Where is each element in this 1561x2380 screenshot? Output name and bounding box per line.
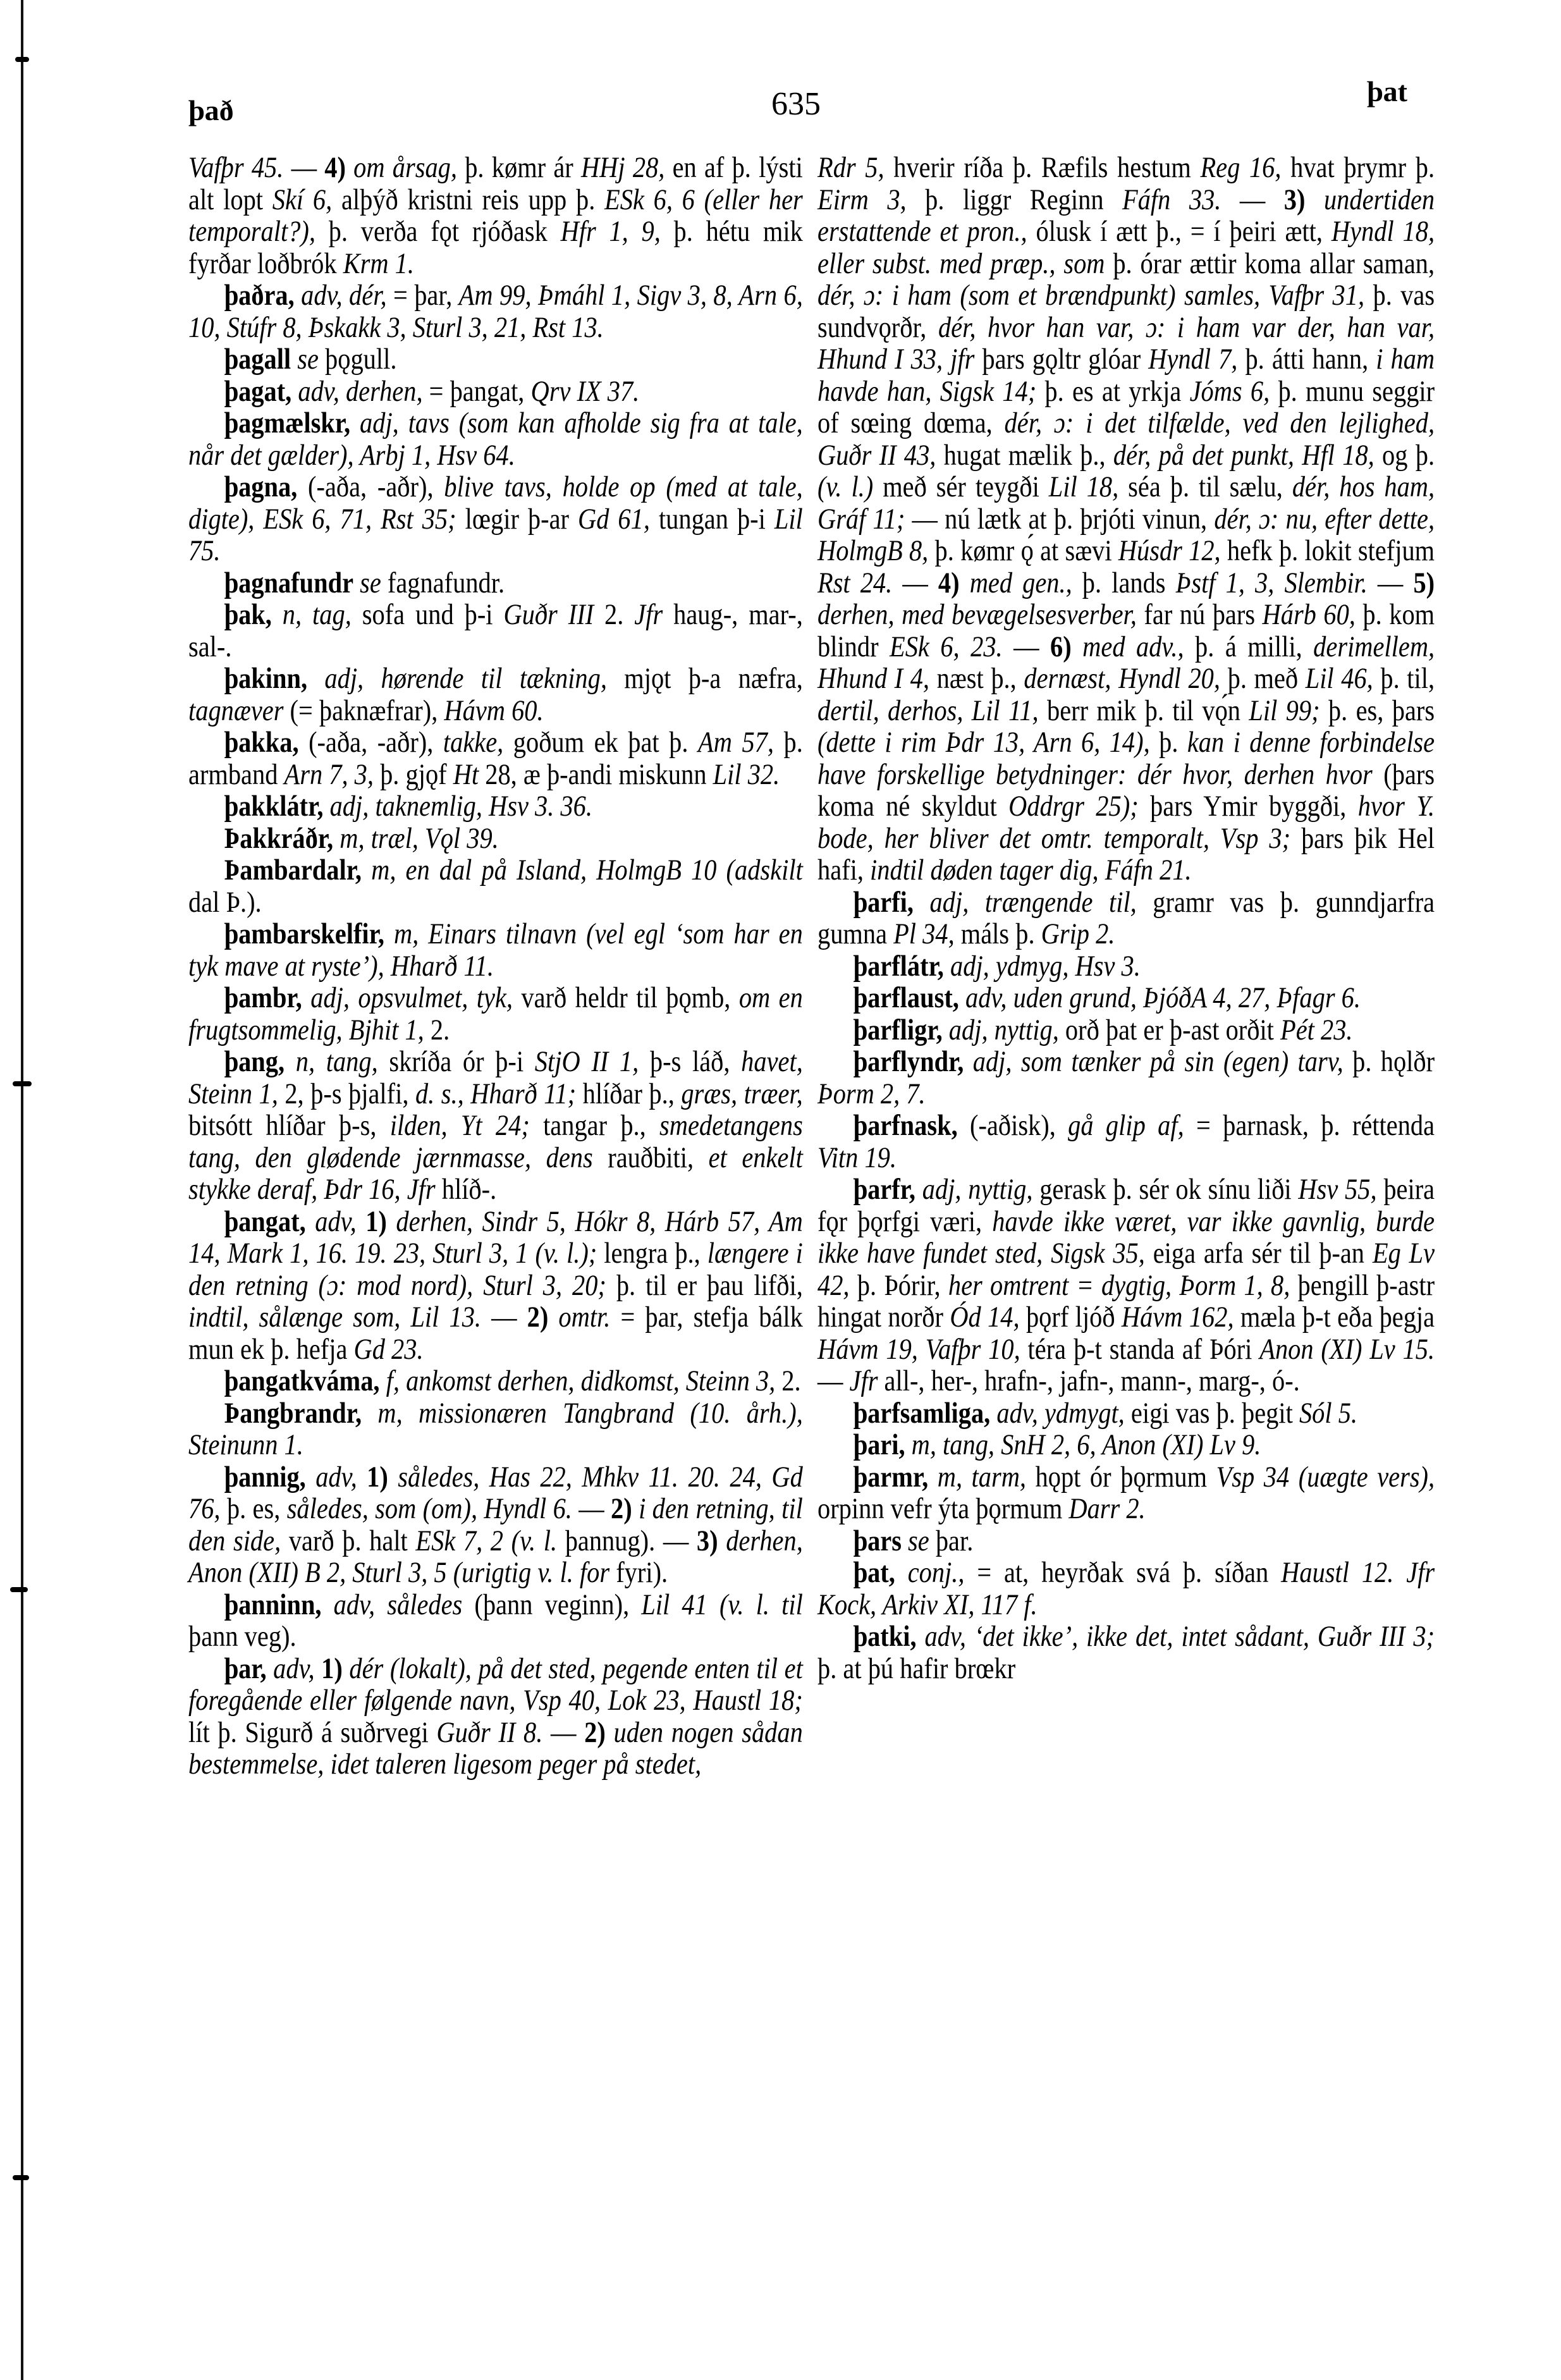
italic-gloss: Gd 23. [354,1333,424,1366]
text-run: fagnafundr. [381,567,505,599]
headword: 3) [697,1524,718,1557]
italic-gloss: adv, ydmygt, [996,1397,1124,1430]
dictionary-column-right: Rdr 5, hverir ríða þ. Ræfils hestum Reg … [817,152,1435,1684]
text-run: hvat þrymr þ. [1281,151,1435,184]
text-run: þ. hǫlðr [1344,1045,1435,1078]
text-run: þ. með [1220,662,1306,695]
text-run [343,1652,350,1685]
text-run: varð heldr til þǫmb, [513,981,739,1014]
italic-gloss: adv, dér, [301,279,386,312]
italic-gloss: Jfr [634,598,663,631]
page-number: 635 [771,85,821,123]
headword: þangat, [224,1205,306,1238]
italic-gloss: med adv., [1082,630,1184,663]
running-head-right: þat [1367,75,1407,108]
dictionary-column-left: Vafþr 45. — 4) om årsag, þ. kømr ár HHj … [188,152,803,1781]
text-run: (-aðisk), [958,1109,1068,1142]
headword: 5) [1413,567,1435,599]
italic-gloss: Pét 23. [1280,1014,1353,1046]
italic-gloss: adv, derhen, [298,375,422,408]
italic-gloss: ESk 6, 23. [890,630,1003,663]
italic-gloss: HHj 28, [581,151,664,184]
dictionary-entry: þagna, (-aða, -aðr), blive tavs, holde o… [188,471,803,567]
dictionary-entry: Þambardalr, m, en dal på Island, HolmgB … [188,854,803,918]
italic-gloss: (dette i rim Þdr 13, Arn 6, 14), [817,726,1150,759]
italic-gloss: dér, på det punkt, Hfl 18, [1113,439,1374,472]
italic-gloss: (v. l.) [817,470,873,503]
binding-blot [13,1081,32,1086]
entry-continuation: Rdr 5, hverir ríða þ. Ræfils hestum Reg … [817,152,1435,886]
italic-gloss: ilden, Yt 24; [390,1109,530,1142]
text-run [718,1524,726,1557]
dictionary-entry: þarflyndr, adj, som tænker på sin (egen)… [817,1046,1435,1110]
text-run [388,1461,398,1494]
italic-gloss: Reg 16, [1200,151,1281,184]
text-run [315,1652,322,1685]
italic-gloss: adj, nyttig, [922,1173,1033,1206]
headword: 6) [1050,630,1072,663]
italic-gloss: omtr. [558,1301,610,1334]
dictionary-entry: þannig, adv, 1) således, Has 22, Mhkv 11… [188,1461,803,1589]
text-run [548,1301,558,1334]
italic-gloss: Húsdr 12, [1118,534,1221,567]
italic-gloss: m, træl, Vǫl 39. [340,822,499,855]
italic-gloss: Jóms 6, [1190,375,1270,408]
text-run: (þann veginn), [462,1588,641,1621]
binding-blot [10,1587,28,1592]
text-run [384,917,394,950]
text-run: þ. órar ættir koma allar saman, [1105,247,1435,280]
headword: þaðra, [224,279,295,312]
text-run: alþýð kristni reis upp þ. [332,183,604,216]
italic-gloss: Þstf 1, 3, Slembir. [1176,567,1368,599]
italic-gloss: Anon (XI) Lv 15. [1259,1333,1435,1366]
text-run: — [817,1365,850,1397]
italic-gloss: Vitn 19. [817,1141,897,1174]
dictionary-entry: þarflaust, adv, uden grund, ÞjóðA 4, 27,… [817,982,1435,1014]
italic-gloss: her omtrent = dygtig, Þorm 1, 8, [948,1269,1290,1302]
headword: þambarskelfir, [224,917,384,950]
text-run: hǫpt ór þǫrmum [1026,1461,1216,1494]
text-run: hlíðar þ., [576,1077,681,1110]
text-run: þ. gjǫf [374,758,453,791]
text-run: fyri). [609,1556,668,1589]
text-run [285,1045,296,1078]
headword: þatki, [854,1620,917,1653]
text-run: þars Ymir byggði, [1139,790,1358,823]
headword: þarflyndr, [854,1045,964,1078]
italic-gloss: Hávm 162, [1122,1301,1234,1334]
text-run: þann veg). [188,1620,297,1653]
italic-gloss: Lil 99; [1249,694,1319,727]
italic-gloss: Vafþr 45. [188,151,283,184]
italic-gloss: Lil 41 (v. l. til [641,1588,802,1621]
text-run [291,343,297,376]
dictionary-entry: þambr, adj, opsvulmet, tyk, varð heldr t… [188,982,803,1046]
text-run: = þar, [387,279,459,312]
text-run: (-aða, -aðr), [299,726,443,759]
running-head-left: það [188,94,234,127]
scanned-binding-edge [19,0,25,2380]
italic-gloss: se [297,343,319,376]
text-run: þ. til, [1373,662,1435,695]
italic-gloss: se [360,567,381,599]
italic-gloss: Gd 61, [578,503,650,536]
text-run: þ. kømr ǫ́ at sævi [928,534,1118,567]
italic-gloss: adv, [273,1652,314,1685]
italic-gloss: Krm 1. [343,247,414,280]
headword: þang, [224,1045,285,1078]
dictionary-entry: þakka, (-aða, -aðr), takke, goðum ek þat… [188,727,803,790]
text-run [333,822,340,855]
italic-gloss: adv, [315,1461,357,1494]
italic-gloss: Arn 7, 3, [285,758,374,791]
text-run [943,1014,949,1046]
headword: Þakkráðr, [224,822,334,855]
text-run: mæla þ-t eða þegja [1234,1301,1435,1334]
headword: þat, [854,1556,895,1589]
text-run: varð þ. halt [281,1524,415,1557]
italic-gloss: således, som (om), Hyndl 6. [287,1492,572,1525]
text-run: sofa und þ-i [352,598,504,631]
text-run: þ. kømr ár [457,151,581,184]
text-run [302,981,310,1014]
dictionary-entry: Þakkráðr, m, træl, Vǫl 39. [188,823,803,855]
italic-gloss: adj, ydmyg, Hsv 3. [950,950,1141,983]
dictionary-entry: þagat, adv, derhen, = þangat, Qrv IX 37. [188,376,803,408]
headword: Þambardalr, [224,854,362,886]
text-run [914,886,930,919]
headword: 1) [321,1652,343,1685]
text-run [959,981,965,1014]
entry-continuation: Vafþr 45. — 4) om årsag, þ. kømr ár HHj … [188,152,803,279]
italic-gloss: Ht [453,758,479,791]
headword: þars [854,1524,902,1557]
text-run: lœgir þ-ar [456,503,578,536]
headword: þarmr, [854,1461,929,1494]
headword: þambr, [224,981,302,1014]
text-run: tangar þ., [530,1109,659,1142]
text-run: — [1368,567,1414,599]
italic-gloss: om årsag, [353,151,457,184]
text-run [346,151,353,184]
italic-gloss: StjO II 1, [535,1045,639,1078]
dictionary-entry: þanninn, adv, således (þann veginn), Lil… [188,1589,803,1653]
text-run [895,1556,908,1589]
italic-gloss: f, ankomst derhen, didkomst, Steinn 3, [386,1365,776,1397]
italic-gloss: Am 57, [698,726,774,759]
dictionary-entry: þarfnask, (-aðisk), gå glip af, = þarnas… [817,1110,1435,1174]
italic-gloss: Oddrgr 25); [1008,790,1139,823]
text-run: 2. [424,1014,450,1046]
italic-gloss: m, tang, SnH 2, 6, Anon (XI) Lv 9. [912,1428,1261,1461]
italic-gloss: adj, taknemlig, Hsv 3. 36. [330,790,592,823]
dictionary-entry: þagall se þǫgull. [188,343,803,376]
text-run: þ. Þórir, [850,1269,948,1302]
dictionary-entry: þars se þar. [817,1525,1435,1557]
text-run [306,1461,315,1494]
text-run [762,1461,771,1494]
italic-gloss: indtil døden tager dig, Fáfn 21. [870,854,1192,886]
dictionary-entry: þambarskelfir, m, Einars tilnavn (vel eg… [188,918,803,982]
italic-gloss: Hárb 60, [1263,598,1356,631]
headword: þarfi, [854,886,914,919]
text-run: þ. til er þau lifði, [606,1269,803,1302]
text-run: með sér teygði [873,470,1049,503]
text-run [322,1588,334,1621]
headword: þagna, [224,470,298,503]
text-run: = þangat, [423,375,531,408]
dictionary-entry: þatki, adv, ‘det ikke’, ikke det, intet … [817,1621,1435,1684]
italic-gloss: m, tarm, [938,1461,1026,1494]
italic-gloss: Rdr 5, [817,151,885,184]
text-run: dal Þ.). [188,886,262,919]
headword: þanninn, [224,1588,322,1621]
text-run [357,1461,367,1494]
text-run: hlíð-. [436,1173,497,1206]
text-run [1305,183,1323,216]
italic-gloss: n, tag, [283,598,352,631]
text-run: — nú lætk at þ. þrjóti vinun, [905,503,1214,536]
text-run: mjǫt þ-a næfra, [607,662,803,695]
headword: þagall [224,343,291,376]
text-run: — [1003,630,1050,663]
dictionary-entry: þagmælskr, adj, tavs (som kan afholde si… [188,407,803,471]
text-run: (= þaknæfrar), [283,694,444,727]
dictionary-entry: þarfsamliga, adv, ydmygt, eigi vas þ. þe… [817,1397,1435,1430]
text-run [387,1205,396,1238]
italic-gloss: adv, uden grund, ÞjóðA 4, 27, Þfagr 6. [965,981,1361,1014]
text-run: — [283,151,324,184]
italic-gloss: adv, [315,1205,356,1238]
italic-gloss: Hyndl 7, [1148,343,1237,376]
italic-gloss: Guðr III [503,598,594,631]
text-run [362,1397,377,1430]
headword: þarfsamliga, [854,1397,991,1430]
dictionary-entry: þar, adv, 1) dér (lokalt), på det sted, … [188,1653,803,1781]
italic-gloss: adj, trængende til, [930,886,1137,919]
text-run: eigi vas þ. þegit [1125,1397,1299,1430]
dictionary-entry: þarfligr, adj, nyttig, orð þat er þ-ast … [817,1014,1435,1046]
text-run [350,407,360,439]
italic-gloss: dertil, derhos, Lil 11, [817,694,1039,727]
italic-gloss: Ód 14, [950,1301,1019,1334]
dictionary-entry: þakinn, adj, hørende til tækning, mjǫt þ… [188,663,803,727]
headword: þakklátr, [224,790,324,823]
italic-gloss: adj, som tænker på sin (egen) tarv, [973,1045,1344,1078]
headword: 1) [367,1461,388,1494]
text-run: gerask þ. sér ok sínu liði [1032,1173,1298,1206]
text-run: ólusk í ætt þ., = í þeiri ætt, [1027,215,1331,248]
text-run: þ-s láð, [639,1045,741,1078]
text-run [307,662,324,695]
text-run [917,1620,925,1653]
text-run: þ. es at yrkja [1036,375,1189,408]
text-run: þ. [1150,726,1187,759]
italic-gloss: Grip 2. [1041,917,1115,950]
headword: þagmælskr, [224,407,351,439]
text-run: — [892,567,938,599]
italic-gloss: dér, ɔ: i ham (som et brændpunkt) samles… [817,279,1364,312]
italic-gloss: Rst 24. [817,567,892,599]
text-run: bitsótt hlíðar þ-s, [188,1109,390,1142]
italic-gloss: Lil 18, [1049,470,1118,503]
italic-gloss: takke, [443,726,503,759]
headword: þannig, [224,1461,306,1494]
text-run: = þarnask, þ. réttenda [1184,1109,1435,1142]
italic-gloss: dernæst, Hyndl 20, [1024,662,1220,695]
headword: þakka, [224,726,299,759]
headword: 2) [611,1492,632,1525]
text-run [295,279,301,312]
italic-gloss: Jfr [850,1365,878,1397]
dictionary-entry: þarfi, adj, trængende til, gramr vas þ. … [817,886,1435,950]
headword: 2) [584,1716,606,1749]
text-run: þars gǫltr glóar [974,343,1148,376]
italic-gloss: Lil 32. [713,758,780,791]
italic-gloss: med gen., [970,567,1072,599]
text-run: þ. á milli, [1184,630,1314,663]
dictionary-entry: þat, conj., = at, heyrðak svá þ. síðan H… [817,1557,1435,1621]
text-run: þ. es, [221,1492,287,1525]
text-run: tungan þ-i [650,503,774,536]
dictionary-entry: þarflátr, adj, ydmyg, Hsv 3. [817,950,1435,983]
italic-gloss: Fáfn 33. [1122,183,1221,216]
text-run [267,1652,274,1685]
italic-gloss: Lil 46, [1306,662,1373,695]
italic-gloss: Sól 5. [1299,1397,1357,1430]
headword: þarfligr, [854,1014,943,1046]
text-run: þ. átti hann, [1237,343,1376,376]
italic-gloss: Darr 2. [1068,1492,1145,1525]
dictionary-entry: þakklátr, adj, taknemlig, Hsv 3. 36. [188,790,803,823]
italic-gloss: adv, ‘det ikke’, ikke det, intet sådant,… [924,1620,1435,1653]
text-run: hugat mælik þ., [936,439,1113,472]
text-run: 28, æ þ-andi miskunn [479,758,713,791]
italic-gloss: se [908,1524,929,1557]
text-run [964,1045,972,1078]
text-run [944,950,950,983]
text-run [272,598,283,631]
text-run [632,1492,639,1525]
headword: 4) [938,567,960,599]
text-run: — [542,1716,584,1749]
italic-gloss: ESk 7, 2 (v. l. [415,1524,557,1557]
text-run: næst þ., [929,662,1024,695]
text-run: orð þat er þ-ast orðit [1059,1014,1280,1046]
headword: þagnafundr [224,567,353,599]
binding-blot [15,57,29,62]
headword: 4) [324,151,346,184]
headword: þakinn, [224,662,307,695]
italic-gloss: Þorm 2, 7. [817,1077,926,1110]
text-run [905,1428,912,1461]
italic-gloss: tagnæver [188,694,283,727]
text-run: eiga arfa sér til þ-an [1145,1237,1373,1270]
italic-gloss: Pl 34, [893,917,955,950]
dictionary-entry: þak, n, tag, sofa und þ-i Guðr III 2. Jf… [188,599,803,663]
headword: 2) [527,1301,549,1334]
italic-gloss: gå glip af, [1068,1109,1184,1142]
headword: þak, [224,598,272,631]
headword: 1) [365,1205,387,1238]
italic-gloss: n, tang, [296,1045,378,1078]
text-run: — [572,1492,611,1525]
text-run: séa þ. til sælu, [1118,470,1292,503]
dictionary-entry: þarfr, adj, nyttig, gerask þ. sér ok sín… [817,1174,1435,1397]
headword: þarfr, [854,1173,915,1206]
italic-gloss: Vsp 34 (uægte vers), [1216,1461,1435,1494]
headword: Þangbrandr, [224,1397,362,1430]
italic-gloss: Hávm 19, Vafþr 10, [817,1333,1020,1366]
italic-gloss: Qrv IX 37. [531,375,640,408]
headword: þangatkváma, [224,1365,380,1397]
text-run: hefk þ. lokit stefjum [1221,534,1435,567]
text-run: all-, her-, hrafn-, jafn-, mann-, marg-,… [878,1365,1299,1397]
italic-gloss: græs, træer, [681,1077,802,1110]
text-run [915,1173,922,1206]
italic-gloss: adj, nyttig, [949,1014,1059,1046]
text-run: 2, þ-s þjalfi, [278,1077,415,1110]
headword: 3) [1284,183,1306,216]
text-run: lengra þ., [597,1237,707,1270]
italic-gloss: adj, opsvulmet, tyk, [310,981,513,1014]
headword: þarfnask, [854,1109,958,1142]
text-run: þ. verða fǫt rjóðask [315,215,561,248]
text-run: þannug). — [557,1524,697,1557]
headword: þar, [224,1652,267,1685]
binding-shadow [21,0,23,2380]
dictionary-entry: Þangbrandr, m, missionæren Tangbrand (10… [188,1397,803,1461]
text-run: lít þ. Sigurð á suðrvegi [188,1716,436,1749]
italic-gloss: indtil, sålænge som, Lil 13. [188,1301,481,1334]
dictionary-entry: þangatkváma, f, ankomst derhen, didkomst… [188,1365,803,1397]
dictionary-entry: þari, m, tang, SnH 2, 6, Anon (XI) Lv 9. [817,1429,1435,1461]
dictionary-entry: þagnafundr se fagnafundr. [188,567,803,599]
text-run: rauðbiti, [593,1141,709,1174]
text-run [606,1716,614,1749]
text-run: þar. [929,1524,974,1557]
text-run: far nú þars [1137,598,1263,631]
text-run: þǫrf ljóð [1020,1301,1122,1334]
text-run: goðum ek þat þ. [503,726,698,759]
italic-gloss: adj, hørende til tækning, [324,662,607,695]
text-run: 2. [775,1365,800,1397]
text-run: þ. at þú hafir brœkr [817,1652,1015,1685]
text-run [960,567,970,599]
text-run [353,567,360,599]
dictionary-entry: þaðra, adv, dér, = þar, Am 99, Þmáhl 1, … [188,279,803,343]
text-run [928,1461,938,1494]
headword: þarflaust, [854,981,959,1014]
italic-gloss: Skí 6, [272,183,332,216]
text-run: berr mik þ. til vǫ́n [1039,694,1249,727]
headword: þagat, [224,375,292,408]
text-run: þǫgull. [319,343,397,376]
italic-gloss: adv, således [334,1588,463,1621]
text-run [362,854,371,886]
text-run [990,1397,996,1430]
headword: þari, [854,1428,905,1461]
text-run: þ. lands [1072,567,1176,599]
italic-gloss: Eirm 3, [817,183,907,216]
text-run [357,1205,365,1238]
text-run: = at, heyrðak svá þ. síðan [964,1556,1281,1589]
text-run: téra þ-t standa af Þóri [1020,1333,1260,1366]
dictionary-entry: þarmr, m, tarm, hǫpt ór þǫrmum Vsp 34 (u… [817,1461,1435,1525]
italic-gloss: m, en dal på Island, HolmgB 10 (adskilt [371,854,803,886]
italic-gloss: conj., [908,1556,965,1589]
